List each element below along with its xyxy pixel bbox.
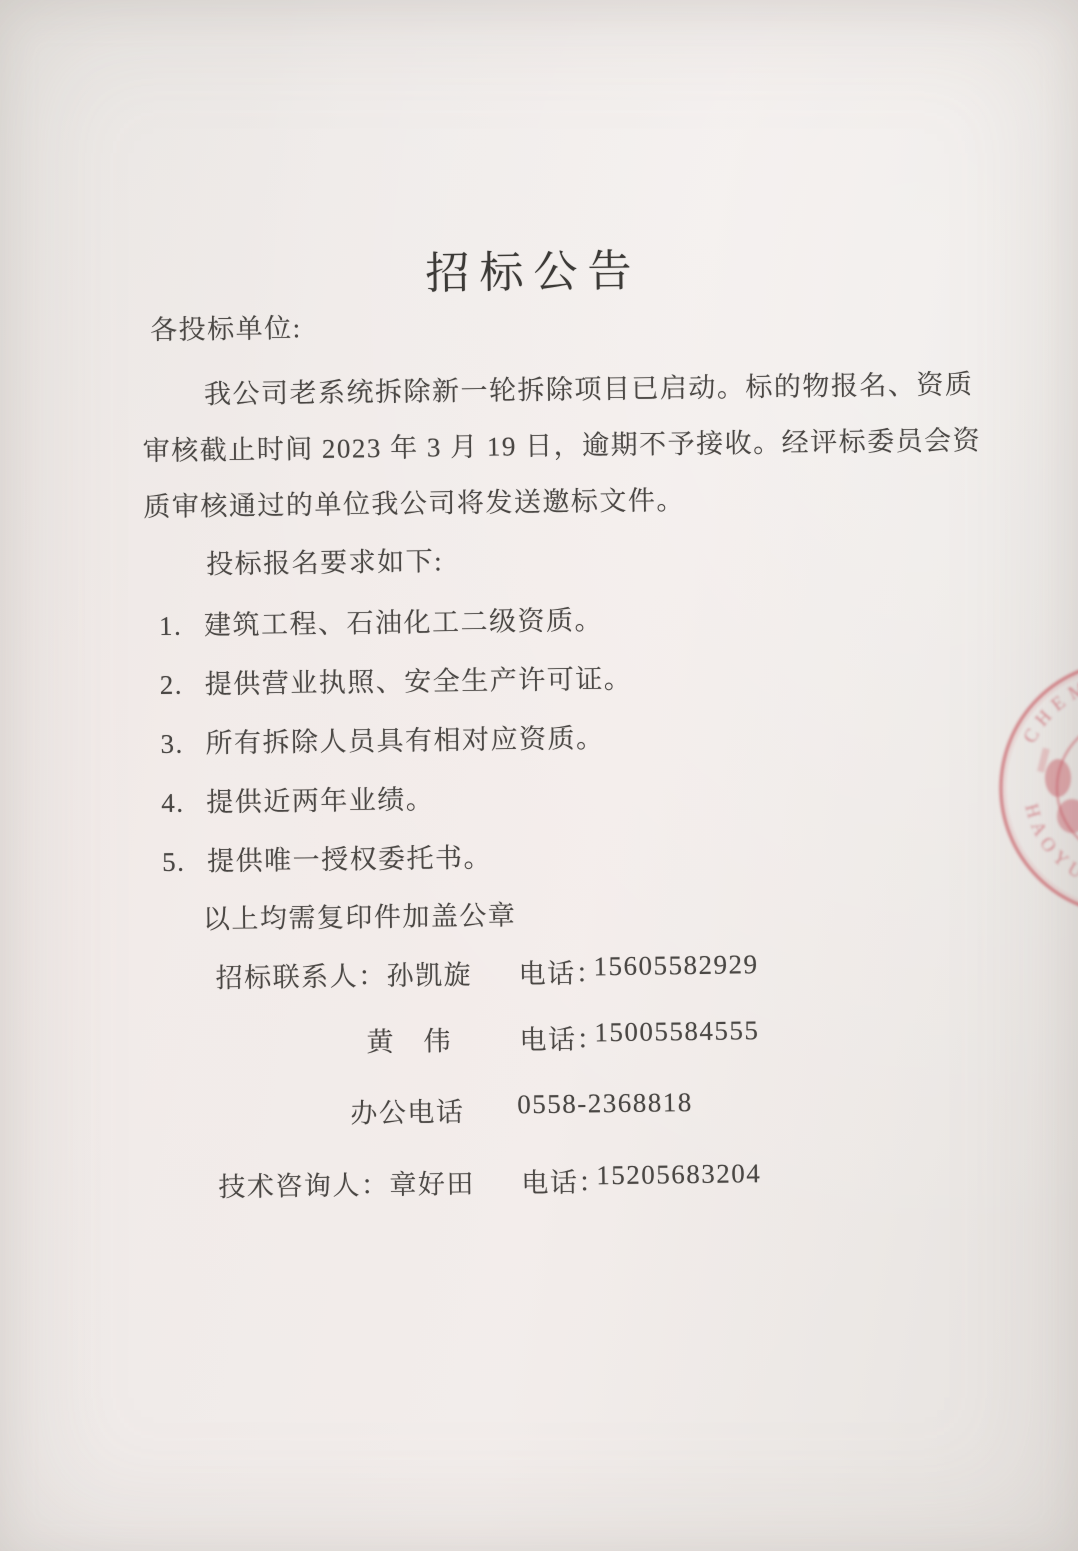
requirement-item: 5.提供唯一授权委托书。 (162, 836, 492, 879)
salutation: 各投标单位: (150, 306, 302, 347)
item-text: 提供唯一授权委托书。 (207, 843, 492, 877)
contact-row-second: 黄 伟 电话： 15005584555 (366, 1012, 986, 1059)
contact-name: 孙凯旋 (386, 960, 472, 991)
phone-number: 15605582929 (593, 949, 758, 982)
scanned-tender-announcement-page: 招标公告 各投标单位: 我公司老系统拆除新一轮拆除项目已启动。标的物报名、资质 … (0, 0, 1078, 1551)
requirement-item: 2.提供营业执照、安全生产许可证。 (159, 657, 632, 702)
item-text: 所有拆除人员具有相对应资质。 (205, 723, 604, 758)
contact-name: 办公电话 (350, 1097, 464, 1128)
item-number: 4. (161, 787, 206, 819)
paragraph-line: 质审核通过的单位我公司将发送邀标文件。 (143, 478, 685, 524)
requirement-item: 3.所有拆除人员具有相对应资质。 (160, 716, 604, 761)
paragraph-line: 我公司老系统拆除新一轮拆除项目已启动。标的物报名、资质 (204, 362, 974, 411)
phone-number: 15205683204 (596, 1158, 761, 1191)
document-title: 招标公告 (0, 229, 1073, 307)
note-line: 以上均需复印件加盖公章 (203, 893, 517, 936)
phone-number: 0558-2368818 (517, 1087, 693, 1120)
paragraph-line: 审核截止时间 2023 年 3 月 19 日，逾期不予接收。经评标委员会资 (142, 418, 981, 468)
item-text: 建筑工程、石油化工二级资质。 (204, 605, 603, 640)
contact-row-technical: 技术咨询人：章好田 电话： 15205683204 (218, 1155, 978, 1204)
requirement-item: 4.提供近两年业绩。 (161, 777, 434, 820)
contact-row-bidding: 招标联系人：孙凯旋 电话： 15605582929 (215, 946, 975, 995)
phone-label: 电话： (519, 1017, 605, 1057)
phone-number: 15005584555 (594, 1015, 759, 1048)
contact-name: 章好田 (389, 1169, 475, 1200)
item-number: 3. (160, 728, 205, 760)
contact-row-office: 办公电话 0558-2368818 (350, 1083, 970, 1130)
item-number: 2. (160, 669, 205, 701)
document-content: 招标公告 各投标单位: 我公司老系统拆除新一轮拆除项目已启动。标的物报名、资质 … (0, 0, 1078, 1551)
requirements-intro: 投标报名要求如下: (206, 539, 444, 581)
contact-label: 技术咨询人： (218, 1170, 389, 1202)
item-number: 1. (159, 610, 204, 642)
phone-label: 电话： (521, 1160, 607, 1200)
item-text: 提供近两年业绩。 (206, 784, 434, 817)
item-number: 5. (162, 846, 207, 878)
item-text: 提供营业执照、安全生产许可证。 (205, 664, 633, 700)
contact-name: 黄 伟 (366, 1026, 452, 1057)
contact-label: 招标联系人： (215, 961, 386, 993)
phone-label: 电话： (518, 951, 604, 991)
requirement-item: 1.建筑工程、石油化工二级资质。 (159, 598, 603, 643)
